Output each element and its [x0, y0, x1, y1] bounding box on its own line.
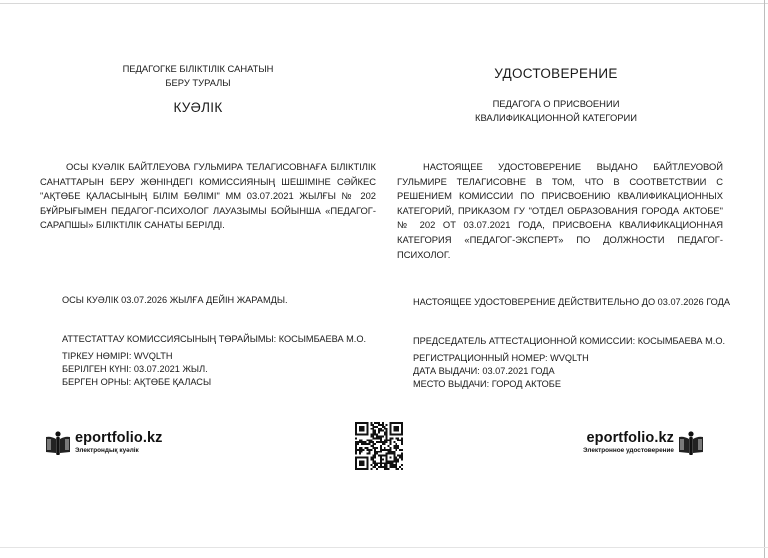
kazakh-registration-number: ТІРКЕУ НӨМІРІ: WVQLTH: [62, 350, 211, 363]
russian-header-line-2: КВАЛИФИКАЦИОННОЙ КАТЕГОРИИ: [428, 111, 684, 125]
certificate-page: ПЕДАГОГКЕ БІЛІКТІЛІК САНАТЫН БЕРУ ТУРАЛЫ…: [0, 0, 768, 558]
russian-issue-place: МЕСТО ВЫДАЧИ: ГОРОД АКТОБЕ: [413, 378, 589, 391]
russian-header: ПЕДАГОГА О ПРИСВОЕНИИ КВАЛИФИКАЦИОННОЙ К…: [428, 97, 684, 125]
russian-logo-subtitle: Электронное удостоверение: [583, 446, 674, 455]
russian-logo-name: eportfolio.kz: [586, 431, 674, 446]
russian-commission-chair: ПРЕДСЕДАТЕЛЬ АТТЕСТАЦИОННОЙ КОМИССИИ: КО…: [413, 334, 725, 348]
kazakh-validity: ОСЫ КУӘЛІК 03.07.2026 ЖЫЛҒА ДЕЙІН ЖАРАМД…: [62, 293, 288, 307]
kazakh-issue-details: ТІРКЕУ НӨМІРІ: WVQLTH БЕРІЛГЕН КҮНІ: 03.…: [62, 350, 211, 390]
kazakh-body: ОСЫ КУӘЛІК БАЙТЛЕУОВА ГУЛЬМИРА ТЕЛАГИСОВ…: [40, 160, 376, 233]
russian-body: НАСТОЯЩЕЕ УДОСТОВЕРЕНИЕ ВЫДАНО БАЙТЛЕУОВ…: [397, 160, 723, 262]
kazakh-body-text: ОСЫ КУӘЛІК БАЙТЛЕУОВА ГУЛЬМИРА ТЕЛАГИСОВ…: [40, 161, 376, 230]
scan-edge-top: [0, 3, 768, 4]
kazakh-logo-name: eportfolio.kz: [75, 431, 163, 446]
book-person-icon: [45, 430, 71, 456]
scan-edge-right: [764, 0, 765, 558]
kazakh-issue-date: БЕРІЛГЕН КҮНІ: 03.07.2021 ЖЫЛ.: [62, 363, 211, 376]
russian-issue-date: ДАТА ВЫДАЧИ: 03.07.2021 ГОДА: [413, 365, 589, 378]
qr-code-icon: [355, 422, 403, 470]
russian-validity: НАСТОЯЩЕЕ УДОСТОВЕРЕНИЕ ДЕЙСТВИТЕЛЬНО ДО…: [413, 295, 730, 309]
kazakh-header-line-2: БЕРУ ТУРАЛЫ: [70, 76, 326, 90]
kazakh-issue-place: БЕРГЕН ОРНЫ: АҚТӨБЕ ҚАЛАСЫ: [62, 376, 211, 389]
book-person-icon: [678, 430, 704, 456]
russian-title: УДОСТОВЕРЕНИЕ: [428, 66, 684, 81]
russian-issue-details: РЕГИСТРАЦИОННЫЙ НОМЕР: WVQLTH ДАТА ВЫДАЧ…: [413, 352, 589, 392]
kazakh-header-line-1: ПЕДАГОГКЕ БІЛІКТІЛІК САНАТЫН: [70, 62, 326, 76]
scan-edge-bottom: [0, 547, 768, 548]
kazakh-header: ПЕДАГОГКЕ БІЛІКТІЛІК САНАТЫН БЕРУ ТУРАЛЫ: [70, 62, 326, 90]
kazakh-commission-chair: АТТЕСТАТТАУ КОМИССИЯСЫНЫҢ ТӨРАЙЫМЫ: КОСЫ…: [62, 332, 366, 346]
kazakh-title: КУӘЛІК: [70, 100, 326, 115]
russian-registration-number: РЕГИСТРАЦИОННЫЙ НОМЕР: WVQLTH: [413, 352, 589, 365]
russian-header-line-1: ПЕДАГОГА О ПРИСВОЕНИИ: [428, 97, 684, 111]
kazakh-logo-subtitle: Электрондық куәлік: [75, 446, 163, 455]
eportfolio-logo-russian: eportfolio.kz Электронное удостоверение: [583, 430, 704, 456]
russian-body-text: НАСТОЯЩЕЕ УДОСТОВЕРЕНИЕ ВЫДАНО БАЙТЛЕУОВ…: [397, 161, 723, 260]
eportfolio-logo-kazakh: eportfolio.kz Электрондық куәлік: [45, 430, 163, 456]
